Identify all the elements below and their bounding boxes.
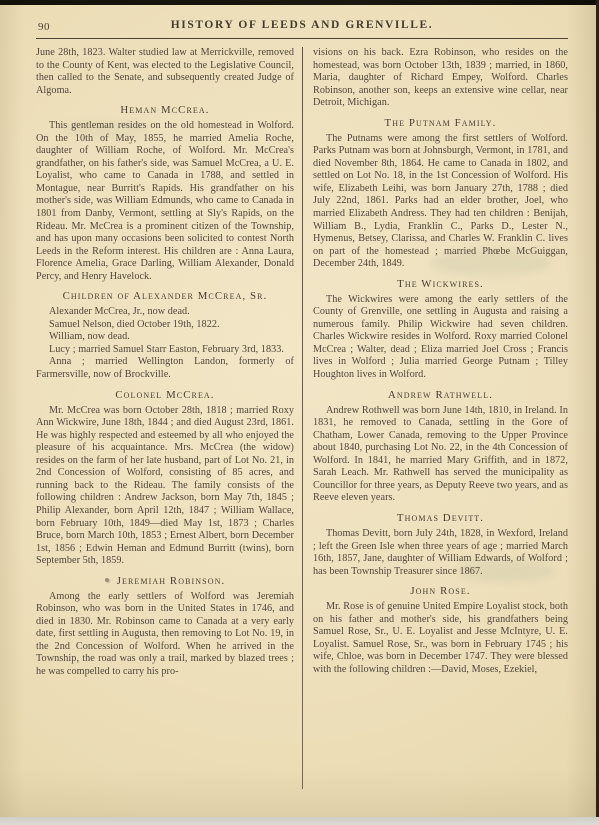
section-wickwires: The Wickwires. The Wickwires were among … xyxy=(313,278,568,382)
list-item: Alexander McCrea, Jr., now dead. xyxy=(36,306,294,319)
paragraph: visions on his back. Ezra Robinson, who … xyxy=(313,47,568,110)
scan-edge-bottom xyxy=(0,817,599,825)
section-andrew-rathwell: Andrew Rathwell. Andrew Rothwell was bor… xyxy=(313,389,568,505)
paragraph: Among the early settlers of Wolford was … xyxy=(36,591,294,679)
paragraph: Andrew Rothwell was born June 14th, 1810… xyxy=(313,405,568,505)
page-number: 90 xyxy=(38,21,50,33)
section-heading: John Rose. xyxy=(313,585,568,597)
section-heading: Heman McCrea. xyxy=(36,104,294,116)
paragraph: The Putnams were among the first settler… xyxy=(313,133,568,271)
list-item: Samuel Nelson, died October 19th, 1822. xyxy=(36,319,294,332)
section-heman-mccrea: Heman McCrea. This gentleman resides on … xyxy=(36,104,294,283)
section-heading: Children of Alexander McCrea, Sr. xyxy=(36,290,294,302)
paragraph: Mr. Rose is of genuine United Empire Loy… xyxy=(313,601,568,676)
paragraph: Mr. McCrea was born October 28th, 1818 ;… xyxy=(36,405,294,568)
section-heading: Jeremiah Robinson. xyxy=(36,575,294,587)
two-column-text-block: June 28th, 1823. Walter studied law at M… xyxy=(36,47,568,789)
list-item: Anna ; married Wellington Landon, former… xyxy=(36,356,294,381)
paragraph: June 28th, 1823. Walter studied law at M… xyxy=(36,47,294,97)
section-heading-text: Jeremiah Robinson. xyxy=(117,575,226,587)
running-head-title: HISTORY OF LEEDS AND GRENVILLE. xyxy=(36,19,568,31)
section-putnam-family: The Putnam Family. The Putnams were amon… xyxy=(313,117,568,271)
list-item: William, now dead. xyxy=(36,331,294,344)
left-column: June 28th, 1823. Walter studied law at M… xyxy=(36,47,302,789)
section-robinson-continuation: visions on his back. Ezra Robinson, who … xyxy=(313,47,568,110)
ink-mark-artifact xyxy=(105,578,109,582)
section-heading: The Wickwires. xyxy=(313,278,568,290)
section-thomas-devitt: Thomas Devitt. Thomas Devitt, born July … xyxy=(313,512,568,578)
section-heading: Thomas Devitt. xyxy=(313,512,568,524)
section-heading: Andrew Rathwell. xyxy=(313,389,568,401)
paragraph: This gentleman resides on the old homest… xyxy=(36,120,294,283)
scan-edge-top xyxy=(0,0,599,5)
section-john-rose: John Rose. Mr. Rose is of genuine United… xyxy=(313,585,568,676)
paragraph: The Wickwires were among the early settl… xyxy=(313,294,568,382)
header-rule xyxy=(36,38,568,39)
section-heading: Colonel McCrea. xyxy=(36,389,294,401)
right-column: visions on his back. Ezra Robinson, who … xyxy=(303,47,568,789)
section-walter-continuation: June 28th, 1823. Walter studied law at M… xyxy=(36,47,294,97)
running-head: 90 HISTORY OF LEEDS AND GRENVILLE. xyxy=(36,19,568,34)
page-content: 90 HISTORY OF LEEDS AND GRENVILLE. June … xyxy=(36,19,568,825)
paragraph: Thomas Devitt, born July 24th, 1828, in … xyxy=(313,528,568,578)
section-colonel-mccrea: Colonel McCrea. Mr. McCrea was born Octo… xyxy=(36,389,294,568)
section-jeremiah-robinson: Jeremiah Robinson. Among the early settl… xyxy=(36,575,294,679)
list-item: Lucy ; married Samuel Starr Easton, Febr… xyxy=(36,344,294,357)
section-heading: The Putnam Family. xyxy=(313,117,568,129)
book-page-scan: 90 HISTORY OF LEEDS AND GRENVILLE. June … xyxy=(0,0,599,825)
section-children-of-alexander-mccrea: Children of Alexander McCrea, Sr. Alexan… xyxy=(36,290,294,381)
